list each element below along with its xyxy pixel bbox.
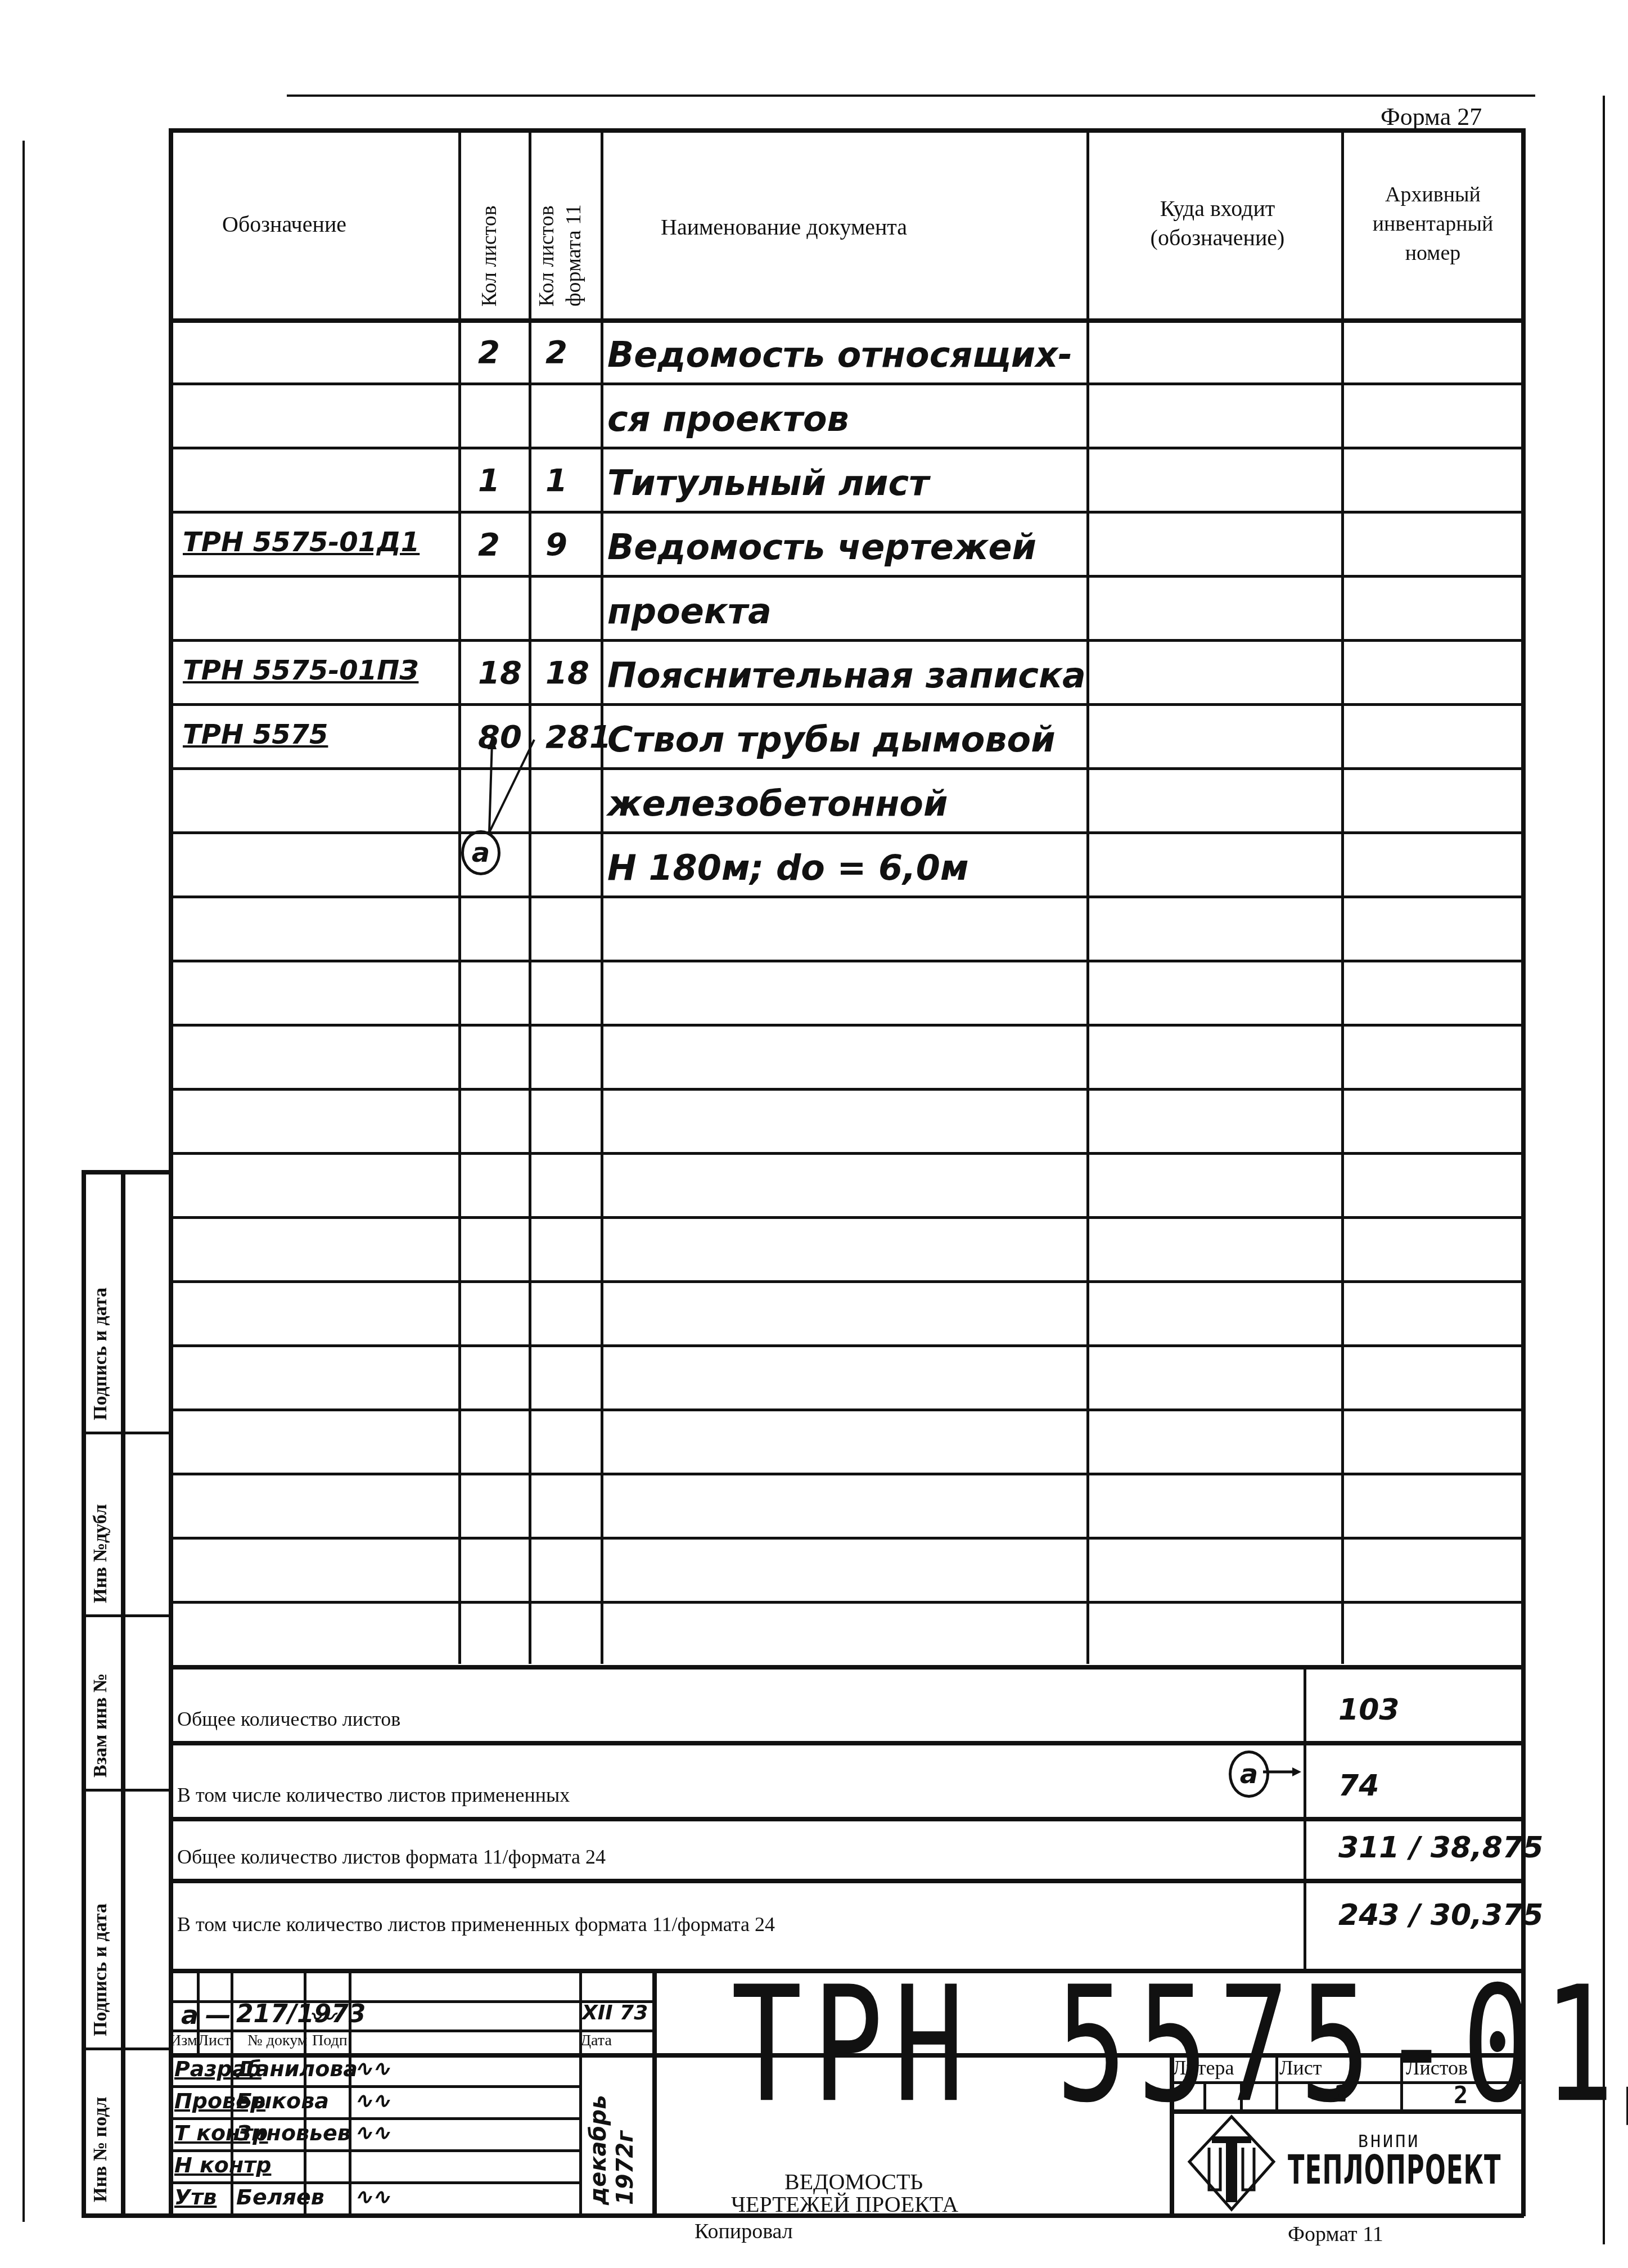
header-sheet-count-format: Кол листов формата 11 bbox=[533, 138, 587, 307]
header-sheet-count: Кол листов bbox=[477, 205, 502, 307]
table-top-border bbox=[169, 128, 1524, 133]
scan-left-mark bbox=[22, 141, 25, 2222]
doc-title-line2: ЧЕРТЕЖЕЙ ПРОЕКТА bbox=[731, 2191, 958, 2217]
row-divider bbox=[169, 1537, 1524, 1540]
sheets-header: Листов bbox=[1406, 2056, 1468, 2080]
revision-header: Лист bbox=[198, 2032, 231, 2050]
sheet-value: 1 bbox=[1333, 2081, 1349, 2107]
row-name: железобетонной bbox=[607, 783, 948, 824]
revision-header: № докум bbox=[247, 2032, 308, 2050]
side-stamp-left bbox=[82, 1170, 86, 2216]
side-stamp-label: Подпись и дата bbox=[90, 1903, 111, 2036]
row-divider bbox=[169, 639, 1524, 642]
side-stamp-divider bbox=[82, 1432, 172, 1434]
row-divider bbox=[169, 960, 1524, 962]
side-stamp-bottom bbox=[82, 2213, 172, 2218]
summary-value: 103 bbox=[1338, 1693, 1400, 1727]
side-stamp-label: Подпись и дата bbox=[90, 1288, 111, 1420]
row-designation: ТРН 5575-01ПЗ bbox=[183, 655, 418, 686]
header-document-name: Наименование документа bbox=[661, 214, 907, 240]
row-name: H 180м; do = 6,0м bbox=[607, 847, 969, 888]
row-divider bbox=[169, 1024, 1524, 1027]
side-stamp-label: Взам инв № bbox=[90, 1673, 111, 1777]
header-archive-number: Архивный инвентарный номер bbox=[1345, 180, 1521, 268]
side-stamp-label: Инв №дубл bbox=[90, 1504, 111, 1603]
signatory-role: Утв bbox=[174, 2185, 217, 2209]
signatory-divider bbox=[169, 2149, 579, 2152]
sheets-value: 2 bbox=[1454, 2081, 1468, 2109]
row-name: Ствол трубы дымовой bbox=[607, 719, 1056, 760]
row-sheets-f11: 9 bbox=[545, 526, 567, 563]
sheet-header: Лист bbox=[1279, 2056, 1322, 2080]
row-designation: ТРН 5575-01Д1 bbox=[183, 526, 420, 558]
row-divider bbox=[169, 831, 1524, 834]
rev-date: XII 73 bbox=[582, 2001, 648, 2024]
signature: ∿∿ bbox=[354, 2119, 390, 2145]
side-stamp-top bbox=[82, 1170, 172, 1174]
row-sheets: 2 bbox=[478, 526, 500, 563]
sign-date: декабрь 1972г bbox=[585, 2059, 639, 2205]
copied-label: Копировал bbox=[695, 2219, 793, 2244]
row-divider bbox=[169, 447, 1524, 449]
rev-signature: 〰 bbox=[309, 1997, 334, 2033]
row-divider bbox=[169, 767, 1524, 770]
row-name: Пояснительная записка bbox=[607, 655, 1086, 696]
summary-top-border bbox=[169, 1665, 1524, 1669]
summary-divider bbox=[169, 1879, 1524, 1883]
signatory-name: Быкова bbox=[236, 2089, 329, 2113]
summary-divider bbox=[169, 1817, 1524, 1821]
row-name: Ведомость относящих- bbox=[607, 334, 1072, 375]
side-stamp-divider bbox=[82, 1614, 172, 1617]
summary-value: 74 bbox=[1338, 1769, 1379, 1803]
row-designation: ТРН 5575 bbox=[183, 719, 328, 750]
teploproekt-logo-icon bbox=[1178, 2114, 1285, 2212]
litera-header: Литера bbox=[1172, 2056, 1234, 2080]
row-divider bbox=[169, 703, 1524, 706]
annotation-arrow-summary bbox=[1263, 1763, 1302, 1780]
format-label: Формат 11 bbox=[1288, 2222, 1383, 2247]
row-divider bbox=[169, 511, 1524, 514]
row-divider bbox=[169, 1344, 1524, 1347]
row-name: Титульный лист bbox=[607, 462, 929, 503]
side-stamp-mid bbox=[121, 1170, 125, 2216]
signature: ∿∿ bbox=[354, 2087, 390, 2113]
side-stamp-divider bbox=[82, 2047, 172, 2050]
row-sheets-f11: 2 bbox=[545, 334, 567, 371]
summary-label: Общее количество листов bbox=[177, 1707, 400, 1731]
signatory-name: Данилова bbox=[236, 2056, 358, 2081]
summary-label: Общее количество листов формата 11/форма… bbox=[177, 1845, 606, 1869]
signatory-name: Зиновьев bbox=[236, 2121, 351, 2145]
row-sheets-f11: 18 bbox=[545, 655, 589, 691]
revision-header: Подп bbox=[312, 2032, 348, 2050]
row-sheets-f11: 1 bbox=[545, 462, 567, 499]
signature: ∿∿ bbox=[354, 2184, 390, 2209]
signatory-name: Беляев bbox=[236, 2185, 324, 2209]
row-sheets: 1 bbox=[478, 462, 500, 499]
row-divider bbox=[169, 895, 1524, 898]
revision-header: Изм bbox=[170, 2032, 197, 2050]
litera-sub-2 bbox=[1240, 2081, 1243, 2109]
row-divider bbox=[169, 1088, 1524, 1091]
rev-izm: a bbox=[181, 2000, 199, 2030]
rev-doc: 217/1973 bbox=[236, 2000, 366, 2028]
revision-header: Дата bbox=[580, 2032, 612, 2050]
row-name: Ведомость чертежей bbox=[607, 526, 1036, 568]
summary-divider bbox=[169, 1741, 1524, 1745]
form-label: Форма 27 bbox=[1381, 102, 1482, 131]
row-divider bbox=[169, 1216, 1524, 1219]
signatory-role: Н контр bbox=[174, 2153, 271, 2177]
rev-list: — bbox=[205, 2000, 231, 2030]
row-divider bbox=[169, 1152, 1524, 1155]
row-divider bbox=[169, 382, 1524, 385]
scan-top-line bbox=[287, 94, 1535, 97]
side-stamp-divider bbox=[82, 1789, 172, 1792]
row-divider bbox=[169, 1408, 1524, 1411]
summary-label: В том числе количество листов примененны… bbox=[177, 1912, 775, 1936]
annotation-arrows bbox=[461, 731, 574, 844]
row-divider bbox=[169, 1473, 1524, 1475]
row-sheets: 18 bbox=[478, 655, 522, 691]
row-divider bbox=[169, 1280, 1524, 1283]
litera-box-bottom bbox=[1170, 2109, 1524, 2114]
row-divider bbox=[169, 1601, 1524, 1604]
litera-sub-1 bbox=[1203, 2081, 1206, 2109]
header-included-in: Куда входит (обозначение) bbox=[1105, 194, 1330, 253]
summary-label: В том числе количество листов примененны… bbox=[177, 1783, 570, 1807]
scan-right-mark bbox=[1603, 96, 1605, 2244]
side-stamp-label: Инв № подл bbox=[90, 2097, 111, 2202]
org-name: ТЕПЛОПРОЕКТ bbox=[1288, 2146, 1501, 2193]
summary-value: 243 / 30,375 bbox=[1338, 1898, 1543, 1932]
titleblock-code-left bbox=[652, 1969, 657, 2216]
row-name: ся проектов bbox=[607, 398, 849, 439]
header-bottom-border bbox=[169, 318, 1524, 323]
row-sheets: 2 bbox=[478, 334, 500, 371]
row-name: проекта bbox=[607, 591, 772, 632]
row-divider bbox=[169, 575, 1524, 578]
header-designation: Обозначение bbox=[222, 211, 346, 237]
signature: ∿∿ bbox=[354, 2055, 390, 2081]
summary-value: 311 / 38,875 bbox=[1338, 1831, 1543, 1865]
